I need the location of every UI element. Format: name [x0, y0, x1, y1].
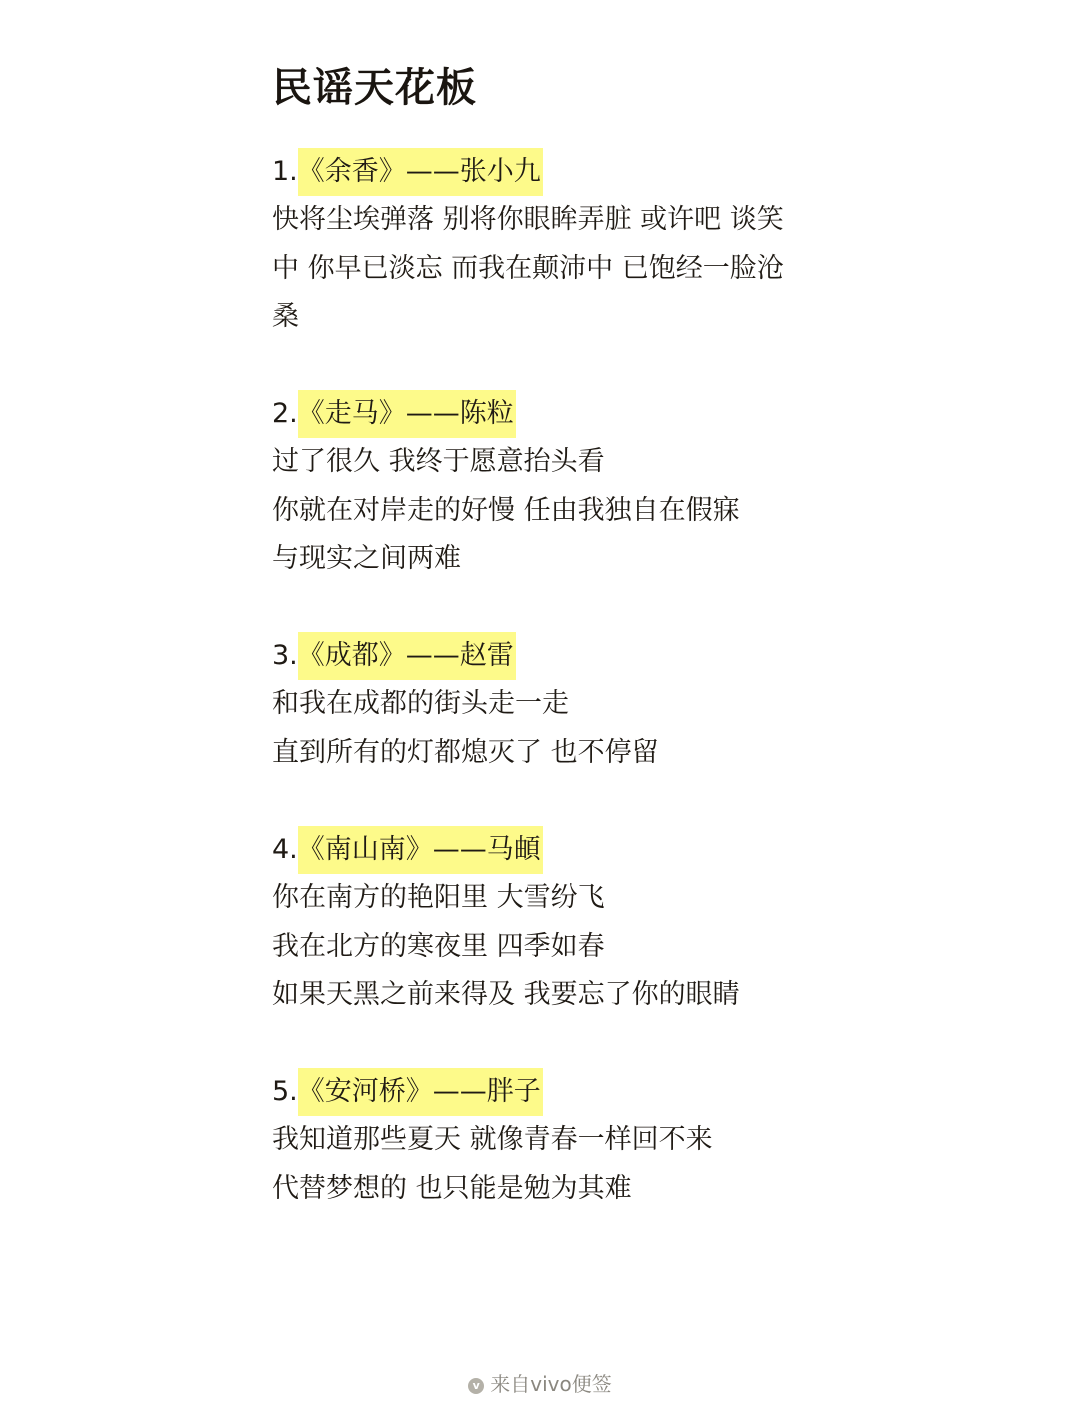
lyric-line: 过了很久 我终于愿意抬头看	[272, 438, 832, 487]
source-footer: v来自vivo便签	[0, 1370, 1080, 1398]
song-title-highlight: 《余香》——张小九	[298, 148, 543, 196]
song-number: 1.	[272, 148, 298, 196]
lyric-line: 中 你早已淡忘 而我在颠沛中 已饱经一脸沧	[272, 245, 832, 294]
song-item-5: 5.《安河桥》——胖子 我知道那些夏天 就像青春一样回不来 代替梦想的 也只能是…	[272, 1068, 832, 1213]
song-title-highlight: 《走马》——陈粒	[298, 390, 516, 438]
lyric-line: 如果天黑之前来得及 我要忘了你的眼睛	[272, 971, 832, 1020]
vivo-logo-icon: v	[468, 1378, 484, 1394]
lyric-line: 直到所有的灯都熄灭了 也不停留	[272, 729, 832, 778]
lyric-line: 我知道那些夏天 就像青春一样回不来	[272, 1116, 832, 1165]
song-heading: 1.《余香》——张小九	[272, 148, 832, 196]
lyric-line: 和我在成都的街头走一走	[272, 680, 832, 729]
lyric-line: 与现实之间两难	[272, 535, 832, 584]
song-number: 4.	[272, 826, 298, 874]
song-number: 2.	[272, 390, 298, 438]
song-number: 3.	[272, 632, 298, 680]
song-item-1: 1.《余香》——张小九 快将尘埃弹落 别将你眼眸弄脏 或许吧 谈笑 中 你早已淡…	[272, 148, 832, 342]
footer-text: 来自vivo便签	[490, 1372, 611, 1396]
note-title: 民谣天花板	[272, 58, 477, 118]
lyric-line: 桑	[272, 293, 832, 342]
lyric-line: 你在南方的艳阳里 大雪纷飞	[272, 874, 832, 923]
lyric-line: 代替梦想的 也只能是勉为其难	[272, 1165, 832, 1214]
song-heading: 3.《成都》——赵雷	[272, 632, 832, 680]
song-item-4: 4.《南山南》——马頔 你在南方的艳阳里 大雪纷飞 我在北方的寒夜里 四季如春 …	[272, 826, 832, 1020]
song-title-highlight: 《安河桥》——胖子	[298, 1068, 543, 1116]
song-title-highlight: 《南山南》——马頔	[298, 826, 543, 874]
song-title-highlight: 《成都》——赵雷	[298, 632, 516, 680]
lyric-line: 你就在对岸走的好慢 任由我独自在假寐	[272, 487, 832, 536]
song-heading: 5.《安河桥》——胖子	[272, 1068, 832, 1116]
song-item-3: 3.《成都》——赵雷 和我在成都的街头走一走 直到所有的灯都熄灭了 也不停留	[272, 632, 832, 777]
song-item-2: 2.《走马》——陈粒 过了很久 我终于愿意抬头看 你就在对岸走的好慢 任由我独自…	[272, 390, 832, 584]
song-heading: 2.《走马》——陈粒	[272, 390, 832, 438]
song-heading: 4.《南山南》——马頔	[272, 826, 832, 874]
song-number: 5.	[272, 1068, 298, 1116]
lyric-line: 快将尘埃弹落 别将你眼眸弄脏 或许吧 谈笑	[272, 196, 832, 245]
lyric-line: 我在北方的寒夜里 四季如春	[272, 923, 832, 972]
